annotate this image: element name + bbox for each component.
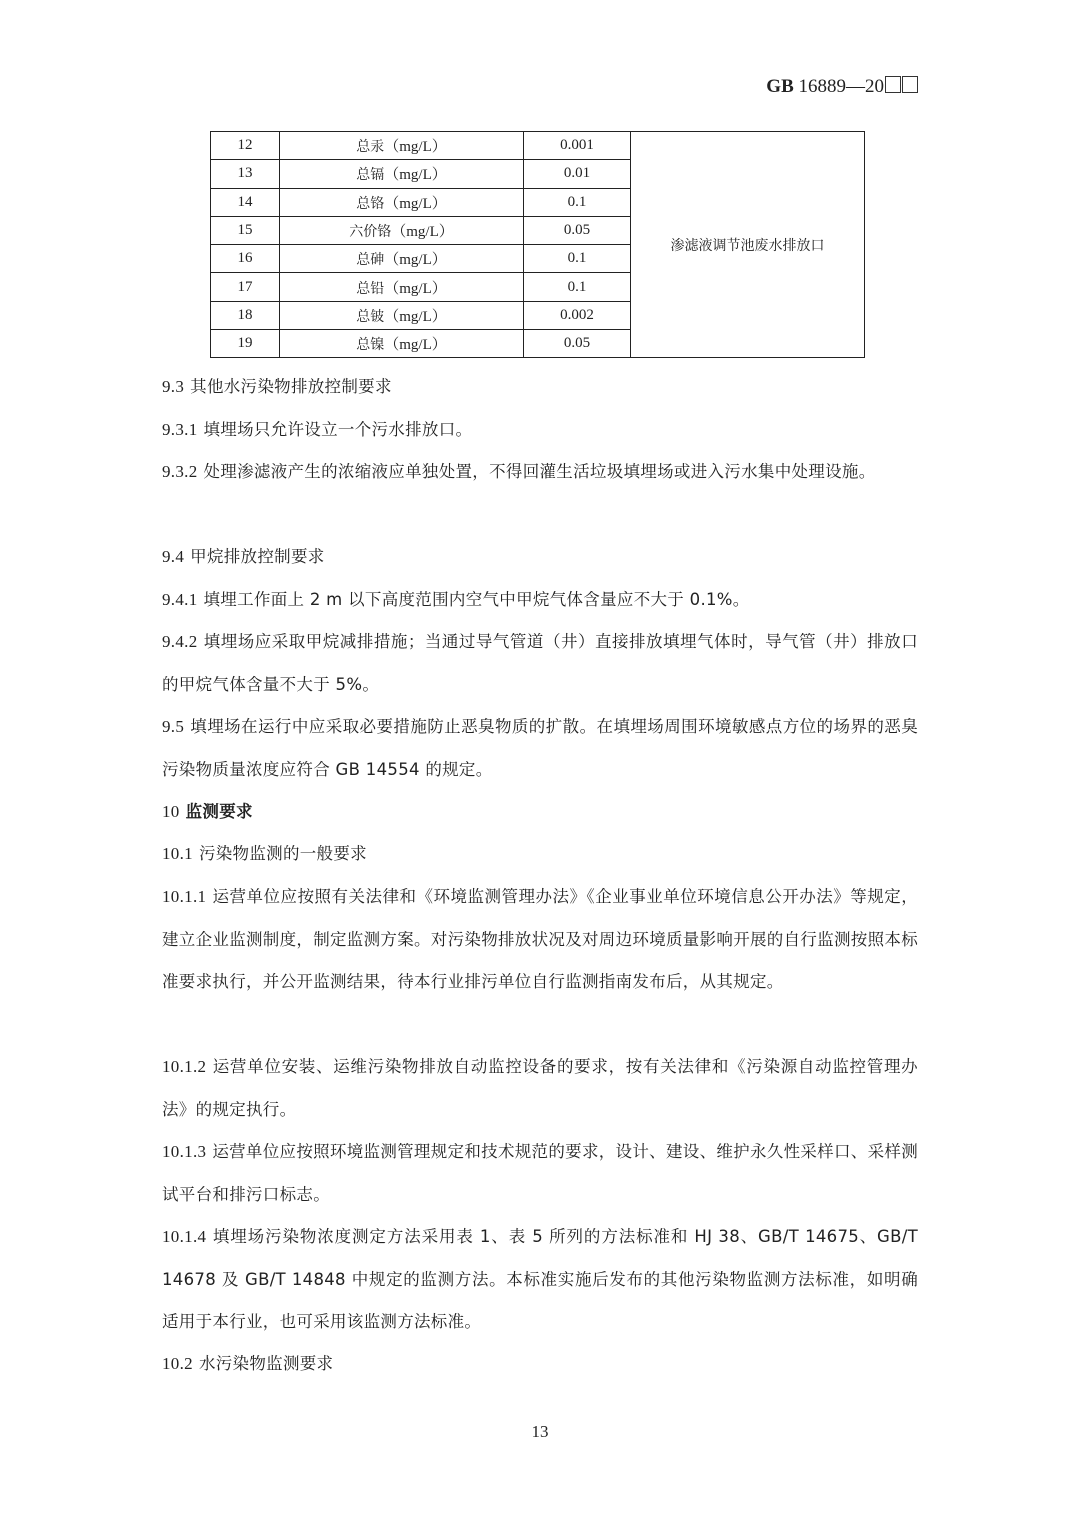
limit-value: 0.05 bbox=[524, 216, 631, 244]
table-row: 12 总汞（mg/L） 0.001 渗滤液调节池废水排放口 bbox=[211, 132, 865, 160]
section-10-1-heading: 10.1污染物监测的一般要求 bbox=[162, 833, 918, 876]
section-10-2-heading: 10.2水污染物监测要求 bbox=[162, 1343, 918, 1386]
limit-value: 0.1 bbox=[524, 273, 631, 301]
section-9-5: 9.5填埋场在运行中应采取必要措施防止恶臭物质的扩散。在填埋场周围环境敏感点方位… bbox=[162, 706, 918, 791]
standard-code-header: GB 16889—20 bbox=[766, 76, 918, 98]
section-10-heading: 10监测要求 bbox=[162, 791, 918, 834]
clause-10-1-2: 10.1.2运营单位安装、运维污染物排放自动监控设备的要求，按有关法律和《污染源… bbox=[162, 1046, 918, 1131]
clause-10-1-1: 10.1.1运营单位应按照有关法律和《环境监测管理办法》《企业事业单位环境信息公… bbox=[162, 876, 918, 1004]
pollutant-limits-table: 12 总汞（mg/L） 0.001 渗滤液调节池废水排放口 13 总镉（mg/L… bbox=[210, 131, 865, 358]
limit-value: 0.002 bbox=[524, 301, 631, 329]
row-number: 12 bbox=[211, 132, 280, 160]
section-9-3-heading: 9.3其他水污染物排放控制要求 bbox=[162, 366, 918, 409]
year-placeholder-box bbox=[902, 76, 918, 93]
year-placeholder-box bbox=[885, 76, 901, 93]
limit-value: 0.1 bbox=[524, 188, 631, 216]
monitoring-location: 渗滤液调节池废水排放口 bbox=[631, 132, 865, 358]
pollutant-item: 总铬（mg/L） bbox=[280, 188, 524, 216]
row-number: 18 bbox=[211, 301, 280, 329]
row-number: 15 bbox=[211, 216, 280, 244]
clause-9-4-1: 9.4.1填埋工作面上 2 m 以下高度范围内空气中甲烷气体含量应不大于 0.1… bbox=[162, 579, 918, 622]
pollutant-item: 总铅（mg/L） bbox=[280, 273, 524, 301]
clause-9-4-2: 9.4.2填埋场应采取甲烷减排措施；当通过导气管道（井）直接排放填埋气体时，导气… bbox=[162, 621, 918, 706]
row-number: 19 bbox=[211, 330, 280, 358]
section-9-4-heading: 9.4甲烷排放控制要求 bbox=[162, 536, 918, 579]
row-number: 16 bbox=[211, 245, 280, 273]
pollutant-item: 总镉（mg/L） bbox=[280, 160, 524, 188]
standard-number: 16889—20 bbox=[799, 76, 885, 97]
row-number: 13 bbox=[211, 160, 280, 188]
pollutant-item: 六价铬（mg/L） bbox=[280, 216, 524, 244]
limit-value: 0.1 bbox=[524, 245, 631, 273]
clause-9-3-2: 9.3.2处理渗滤液产生的浓缩液应单独处置，不得回灌生活垃圾填埋场或进入污水集中… bbox=[162, 451, 918, 494]
limit-value: 0.01 bbox=[524, 160, 631, 188]
limit-value: 0.05 bbox=[524, 330, 631, 358]
pollutant-item: 总铍（mg/L） bbox=[280, 301, 524, 329]
clause-10-1-4: 10.1.4填埋场污染物浓度测定方法采用表 1、表 5 所列的方法标准和 HJ … bbox=[162, 1216, 918, 1344]
pollutant-item: 总镍（mg/L） bbox=[280, 330, 524, 358]
row-number: 14 bbox=[211, 188, 280, 216]
clause-10-1-3: 10.1.3运营单位应按照环境监测管理规定和技术规范的要求，设计、建设、维护永久… bbox=[162, 1131, 918, 1216]
row-number: 17 bbox=[211, 273, 280, 301]
pollutant-item: 总汞（mg/L） bbox=[280, 132, 524, 160]
pollutant-item: 总砷（mg/L） bbox=[280, 245, 524, 273]
clause-9-3-1: 9.3.1填埋场只允许设立一个污水排放口。 bbox=[162, 409, 918, 452]
standard-prefix: GB bbox=[766, 76, 793, 97]
page-number: 13 bbox=[0, 1422, 1080, 1442]
limit-value: 0.001 bbox=[524, 132, 631, 160]
